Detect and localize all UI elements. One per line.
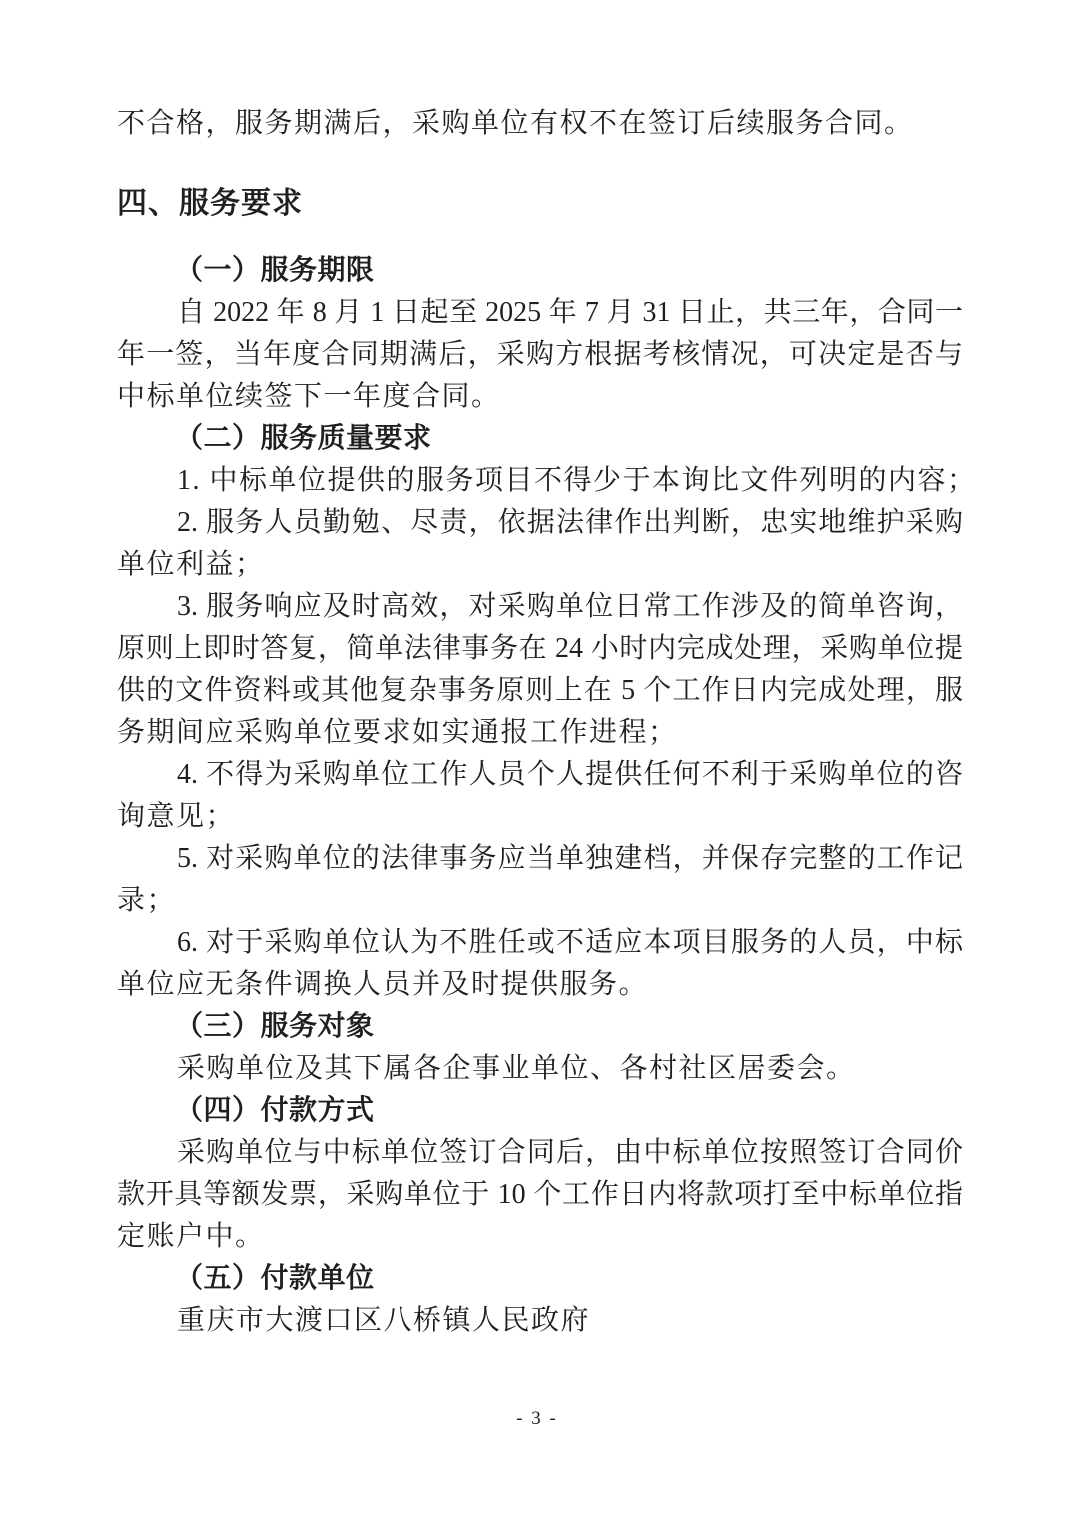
page-number: - 3 -	[0, 1407, 1074, 1431]
document-line: 务期间应采购单位要求如实通报工作进程；	[117, 712, 963, 754]
document-line: 3. 服务响应及时高效，对采购单位日常工作涉及的简单咨询，	[117, 586, 963, 628]
document-line: 款开具等额发票，采购单位于 10 个工作日内将款项打至中标单位指	[117, 1174, 963, 1216]
document-line: 录；	[117, 880, 963, 922]
document-line: 单位应无条件调换人员并及时提供服务。	[117, 964, 963, 1006]
section-heading: 四、服务要求	[117, 183, 963, 225]
document-line: 4. 不得为采购单位工作人员个人提供任何不利于采购单位的咨	[117, 754, 963, 796]
document-line: 采购单位及其下属各企事业单位、各村社区居委会。	[117, 1048, 963, 1090]
subsection-heading: （三）服务对象	[117, 1006, 963, 1048]
document-line: 中标单位续签下一年度合同。	[117, 376, 963, 418]
document-line: 2. 服务人员勤勉、尽责，依据法律作出判断，忠实地维护采购	[117, 502, 963, 544]
document-line: 重庆市大渡口区八桥镇人民政府	[117, 1300, 963, 1342]
document-page: 不合格，服务期满后，采购单位有权不在签订后续服务合同。 四、服务要求 （一）服务…	[0, 0, 1074, 1520]
document-line: 年一签，当年度合同期满后，采购方根据考核情况，可决定是否与	[117, 334, 963, 376]
document-body: （一）服务期限自 2022 年 8 月 1 日起至 2025 年 7 月 31 …	[117, 250, 963, 1342]
document-line: 定账户中。	[117, 1216, 963, 1258]
document-line: 供的文件资料或其他复杂事务原则上在 5 个工作日内完成处理，服	[117, 670, 963, 712]
document-line: 单位利益；	[117, 544, 963, 586]
document-line: 询意见；	[117, 796, 963, 838]
subsection-heading: （四）付款方式	[117, 1090, 963, 1132]
subsection-heading: （一）服务期限	[117, 250, 963, 292]
document-line: 原则上即时答复，简单法律事务在 24 小时内完成处理，采购单位提	[117, 628, 963, 670]
document-line: 采购单位与中标单位签订合同后，由中标单位按照签订合同价	[117, 1132, 963, 1174]
subsection-heading: （二）服务质量要求	[117, 418, 963, 460]
subsection-heading: （五）付款单位	[117, 1258, 963, 1300]
document-line: 1. 中标单位提供的服务项目不得少于本询比文件列明的内容；	[117, 460, 963, 502]
intro-continuation-line: 不合格，服务期满后，采购单位有权不在签订后续服务合同。	[117, 103, 963, 145]
document-line: 自 2022 年 8 月 1 日起至 2025 年 7 月 31 日止，共三年，…	[117, 292, 963, 334]
document-line: 6. 对于采购单位认为不胜任或不适应本项目服务的人员，中标	[117, 922, 963, 964]
document-line: 5. 对采购单位的法律事务应当单独建档，并保存完整的工作记	[117, 838, 963, 880]
